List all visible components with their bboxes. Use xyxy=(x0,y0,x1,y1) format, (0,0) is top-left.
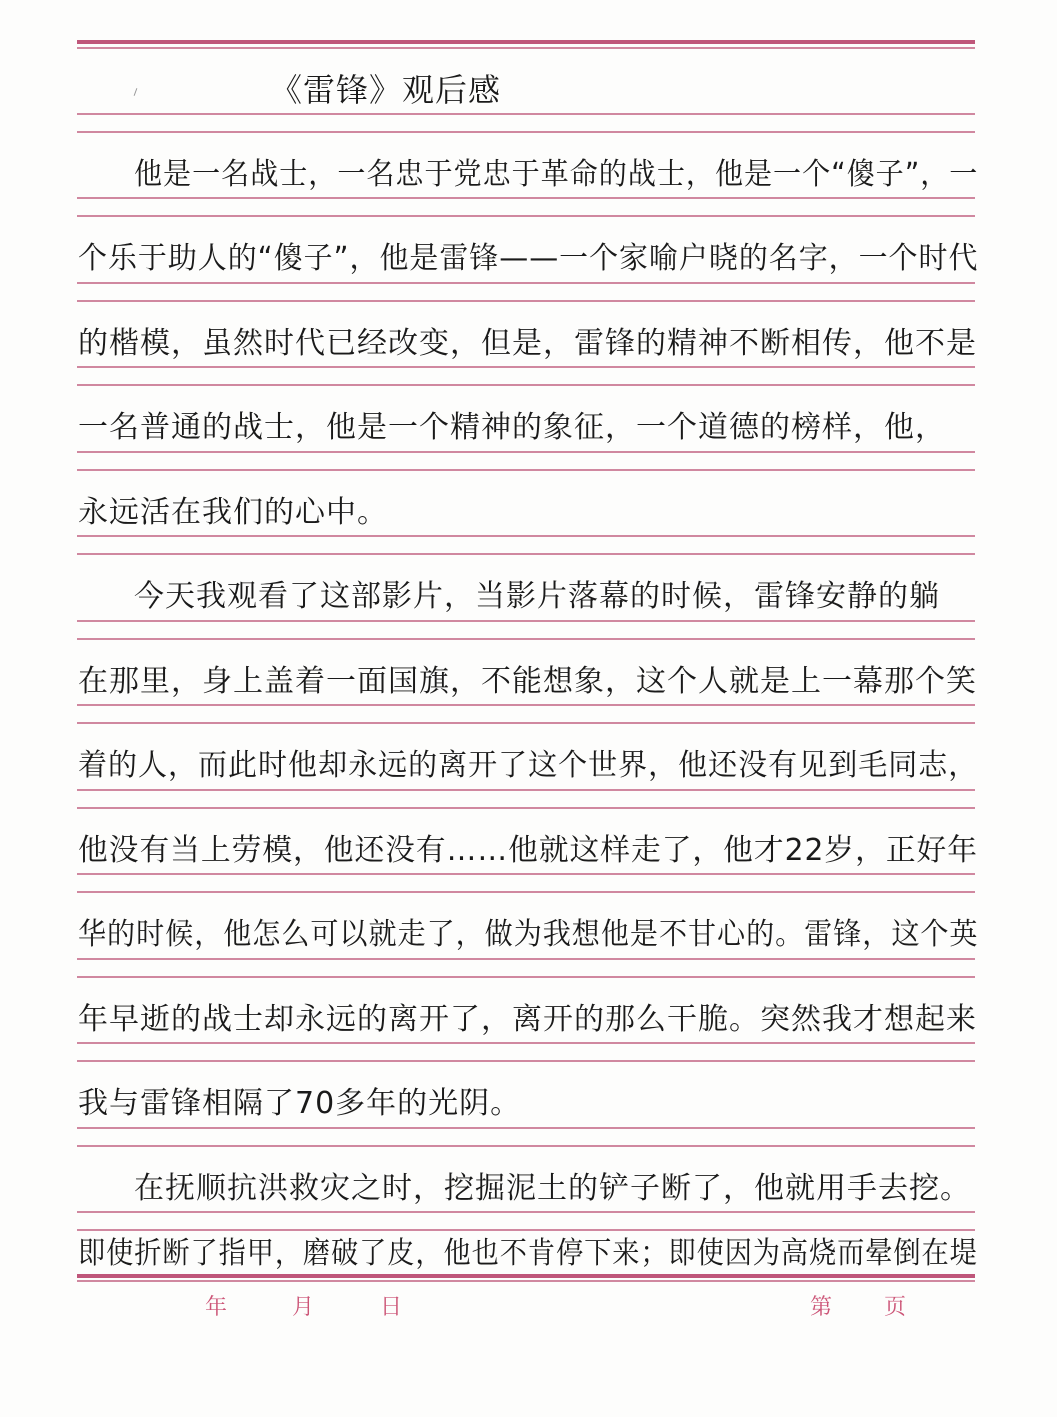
essay-title: 《雷锋》观后感 xyxy=(270,68,501,112)
ruled-line xyxy=(77,1060,975,1062)
ruled-line xyxy=(77,1211,975,1213)
essay-line: 个乐于助人的“傻子”，他是雷锋——一个家喻户晓的名字，一个时代 xyxy=(78,237,978,281)
essay-line: 着的人，而此时他却永远的离开了这个世界，他还没有见到毛同志， xyxy=(78,744,978,788)
footer-year-label: 年 xyxy=(205,1290,227,1321)
ruled-line xyxy=(77,469,975,471)
essay-line: 永远活在我们的心中。 xyxy=(78,491,978,535)
essay-line: 华的时候，他怎么可以就走了，做为我想他是不甘心的。雷锋，这个英 xyxy=(78,913,978,957)
ruled-line xyxy=(77,789,975,791)
ruled-line xyxy=(77,1127,975,1129)
essay-line: 他是一名战士，一名忠于党忠于革命的战士，他是一个“傻子”，一 xyxy=(78,153,1034,197)
ruled-line xyxy=(77,366,975,368)
essay-line: 我与雷锋相隔了70多年的光阴。 xyxy=(78,1082,978,1126)
handwritten-essay-page: 《雷锋》观后感 他是一名战士，一名忠于党忠于革命的战士，他是一个“傻子”，一 个… xyxy=(0,0,1057,1417)
ruled-line xyxy=(77,722,975,724)
ruled-line xyxy=(77,958,975,960)
ruled-line xyxy=(77,131,975,133)
essay-line: 在那里，身上盖着一面国旗，不能想象，这个人就是上一幕那个笑 xyxy=(78,660,978,704)
essay-line: 一名普通的战士，他是一个精神的象征，一个道德的榜样，他， xyxy=(78,406,978,450)
ruled-line xyxy=(77,704,975,706)
essay-line: 今天我观看了这部影片，当影片落幕的时候，雷锋安静的躺 xyxy=(78,575,1034,619)
ruled-line xyxy=(77,215,975,217)
essay-line: 在抚顺抗洪救灾之时，挖掘泥土的铲子断了，他就用手去挖。 xyxy=(78,1167,1034,1211)
ruled-line xyxy=(77,451,975,453)
ruled-line xyxy=(77,873,975,875)
essay-line: 的楷模，虽然时代已经改变，但是，雷锋的精神不断相传，他不是 xyxy=(78,322,978,366)
ruled-line xyxy=(77,113,975,115)
top-border-rule-secondary xyxy=(77,47,975,49)
ruled-line xyxy=(77,553,975,555)
ruled-line xyxy=(77,1145,975,1147)
footer-page-prefix: 第 xyxy=(810,1290,832,1321)
bottom-border-rule-secondary xyxy=(77,1280,975,1282)
footer-day-label: 日 xyxy=(380,1290,402,1321)
essay-line: 他没有当上劳模，他还没有……他就这样走了，他才22岁，正好年 xyxy=(78,829,978,873)
ruled-line xyxy=(77,891,975,893)
ruled-line xyxy=(77,1042,975,1044)
ruled-line xyxy=(77,976,975,978)
essay-line: 即使折断了指甲，磨破了皮，他也不肯停下来；即使因为高烧而晕倒在堤 xyxy=(78,1232,978,1276)
ruled-line xyxy=(77,282,975,284)
ruled-line xyxy=(77,197,975,199)
pencil-mark xyxy=(134,88,138,96)
essay-line: 年早逝的战士却永远的离开了，离开的那么干脆。突然我才想起来 xyxy=(78,998,978,1042)
ruled-line xyxy=(77,807,975,809)
ruled-line xyxy=(77,535,975,537)
ruled-line xyxy=(77,638,975,640)
ruled-line xyxy=(77,384,975,386)
footer-month-label: 月 xyxy=(292,1290,314,1321)
ruled-line xyxy=(77,300,975,302)
footer-page-suffix: 页 xyxy=(884,1290,906,1321)
ruled-line xyxy=(77,620,975,622)
ruled-line xyxy=(77,1229,975,1231)
top-border-rule xyxy=(77,40,975,44)
